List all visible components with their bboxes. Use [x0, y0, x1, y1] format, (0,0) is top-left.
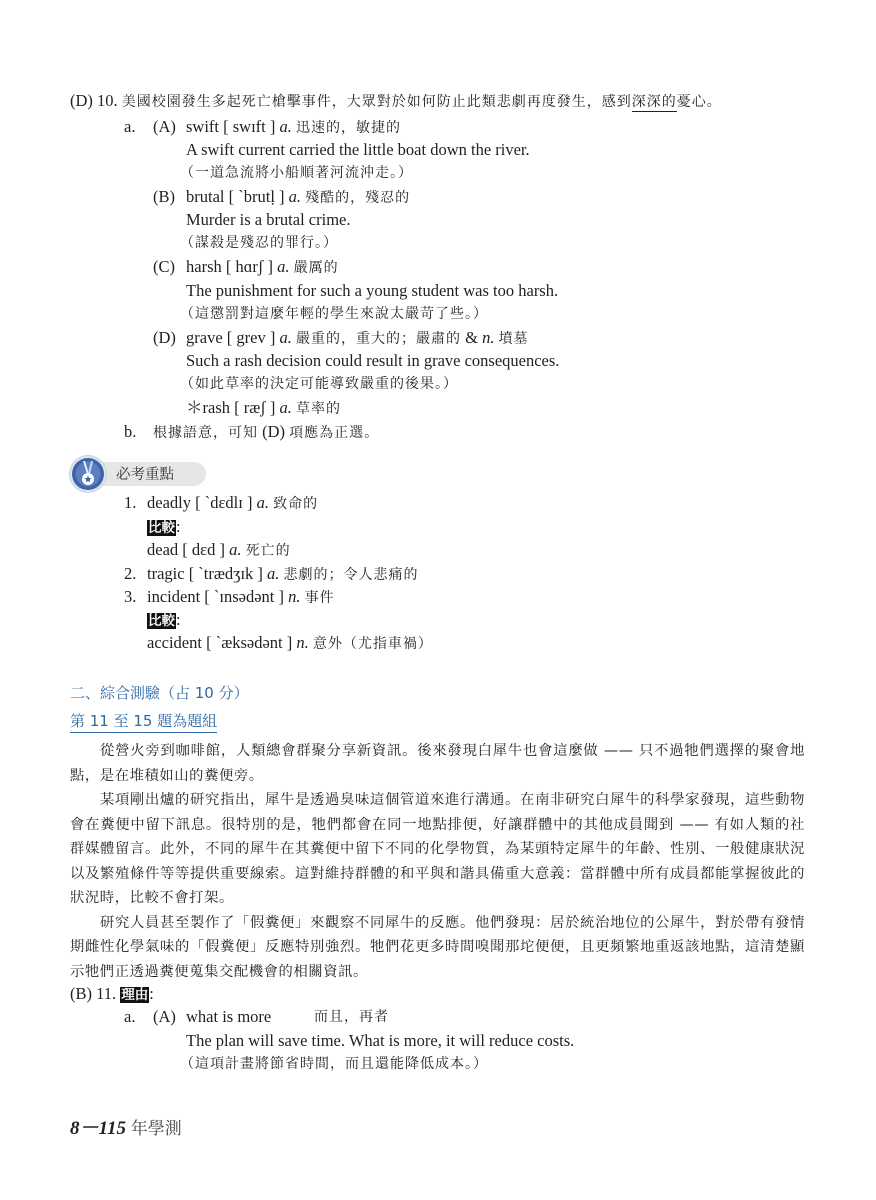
q10-a-label: a. [124, 116, 135, 138]
note-word: rash [203, 398, 231, 417]
q10-answer: (D) [70, 91, 93, 110]
q10-option-c-label: (C) [153, 256, 175, 278]
passage-paragraph-3: 研究人員甚至製作了「假糞便」來觀察不同犀牛的反應。他們發現：居於統治地位的公犀牛… [70, 911, 805, 985]
meaning2: 墳墓 [499, 331, 529, 347]
q10-stem-underlined: 深深的 [632, 94, 677, 112]
pos2: n. [482, 328, 494, 347]
passage-paragraph-2: 某項剛出爐的研究指出，犀牛是透過臭味這個管道來進行溝通。在南非研究白犀牛的科學家… [70, 788, 805, 911]
q10-option-d-translation: （如此草率的決定可能導致嚴重的後果。） [180, 373, 458, 395]
note-pos: a. [279, 398, 291, 417]
q10-option-c-entry: harsh [ hɑrʃ ] a. 嚴厲的 [186, 256, 339, 279]
b-text-1: 根據語意，可知 [153, 425, 258, 441]
pos: a. [289, 187, 301, 206]
compare-meaning: 意外（尤指車禍） [313, 636, 433, 652]
q10-option-b-translation: （謀殺是殘忍的罪行。） [180, 232, 338, 254]
q10-stem-after: 憂心。 [677, 94, 722, 110]
kp-1-compare-entry: dead [ dɛd ] a. 死亡的 [147, 539, 291, 562]
section-title: 二、綜合測驗（占 10 分） [70, 682, 249, 704]
q11-a-label: a. [124, 1006, 135, 1028]
reason-label: 理由 [120, 987, 149, 1003]
passage: 從營火旁到咖啡館，人類總會群聚分享新資訊。後來發現白犀牛也會這麼做 —— 只不過… [70, 739, 805, 984]
b-text-3: 項應為正選。 [289, 425, 379, 441]
group-title: 第 11 至 15 題為題組 [70, 710, 217, 733]
kp-3-num: 3. [124, 586, 136, 608]
kp-3-entry: incident [ ˋɪnsədənt ] n. 事件 [147, 586, 335, 609]
kp-1-entry: deadly [ ˋdɛdlɪ ] a. 致命的 [147, 492, 318, 515]
q10-option-d-label: (D) [153, 327, 176, 349]
pos: n. [288, 587, 300, 606]
ipa: [ ˋbrutḷ ] [229, 187, 285, 206]
q11-meaning: 而且，再者 [314, 1006, 389, 1028]
compare-word: accident [147, 633, 202, 652]
pos: a. [280, 117, 292, 136]
compare-meaning: 死亡的 [246, 543, 291, 559]
meaning: 嚴厲的 [294, 260, 339, 276]
ampersand: & [465, 328, 478, 347]
q10-stem-before: 美國校園發生多起死亡槍擊事件，大眾對於如何防止此類悲劇再度發生，感到 [122, 94, 632, 110]
q10-option-b-entry: brutal [ ˋbrutḷ ] a. 殘酷的，殘忍的 [186, 186, 410, 209]
passage-paragraph-1: 從營火旁到咖啡館，人類總會群聚分享新資訊。後來發現白犀牛也會這麼做 —— 只不過… [70, 739, 805, 788]
compare-ipa: [ dɛd ] [182, 540, 225, 559]
q10-option-d-note: ＊rash [ ræʃ ] a. 草率的 [186, 397, 341, 420]
ipa: [ hɑrʃ ] [226, 257, 273, 276]
word: incident [147, 587, 200, 606]
q10-option-a-label: (A) [153, 116, 176, 138]
kp-2-entry: tragic [ ˋtrædʒɪk ] a. 悲劇的；令人悲痛的 [147, 563, 419, 586]
pos: a. [267, 564, 279, 583]
note-meaning: 草率的 [296, 401, 341, 417]
compare-pos: a. [229, 540, 241, 559]
word: tragic [147, 564, 185, 583]
meaning: 殘酷的，殘忍的 [305, 190, 410, 206]
kp-2-num: 2. [124, 563, 136, 585]
word: swift [186, 117, 219, 136]
footer-label: 年學測 [131, 1119, 182, 1139]
q11-answer: (B) [70, 984, 92, 1003]
q10-option-a-example: A swift current carried the little boat … [186, 139, 530, 161]
compare-pos: n. [296, 633, 308, 652]
kp-3-compare-entry: accident [ ˋæksədənt ] n. 意外（尤指車禍） [147, 632, 433, 655]
meaning: 嚴重的，重大的；嚴肅的 [296, 331, 461, 347]
compare-word: dead [147, 540, 178, 559]
q11-number: 11. [96, 984, 116, 1003]
meaning: 事件 [305, 590, 335, 606]
note-ipa: [ ræʃ ] [234, 398, 275, 417]
q10-option-a-translation: （一道急流將小船順著河流沖走。） [180, 162, 413, 184]
q10-b-text: 根據語意，可知 (D) 項應為正選。 [153, 421, 379, 444]
q10-option-d-entry: grave [ grev ] a. 嚴重的，重大的；嚴肅的 & n. 墳墓 [186, 327, 529, 350]
kp-1-num: 1. [124, 492, 136, 514]
q10-stem: (D) 10. 美國校園發生多起死亡槍擊事件，大眾對於如何防止此類悲劇再度發生，… [70, 90, 722, 113]
meaning: 迅速的，敏捷的 [296, 120, 401, 136]
q10-option-c-translation: （這懲罰對這麼年輕的學生來說太嚴苛了些。） [180, 303, 488, 325]
pos: a. [277, 257, 289, 276]
ipa: [ swɪft ] [223, 117, 275, 136]
kp-1-compare: 比較: [147, 516, 181, 539]
q11-example: The plan will save time. What is more, i… [186, 1030, 574, 1052]
medal-icon [70, 456, 106, 492]
word: harsh [186, 257, 222, 276]
ipa: [ ˋdɛdlɪ ] [195, 493, 252, 512]
q10-option-c-example: The punishment for such a young student … [186, 280, 558, 302]
meaning: 悲劇的；令人悲痛的 [284, 567, 419, 583]
q11-translation: （這項計畫將節省時間，而且還能降低成本。） [180, 1053, 488, 1075]
compare-label: 比較 [147, 613, 176, 629]
q11-header: (B) 11. 理由: [70, 983, 154, 1006]
word: brutal [186, 187, 225, 206]
q10-option-a-entry: swift [ swɪft ] a. 迅速的，敏捷的 [186, 116, 401, 139]
pos: a. [279, 328, 291, 347]
q10-option-d-example: Such a rash decision could result in gra… [186, 350, 559, 372]
star: ＊ [186, 398, 203, 417]
ipa: [ ˋtrædʒɪk ] [189, 564, 263, 583]
ipa: [ grev ] [227, 328, 276, 347]
compare-label: 比較 [147, 520, 176, 536]
compare-ipa: [ ˋæksədənt ] [206, 633, 292, 652]
q11-option-a-label: (A) [153, 1006, 176, 1028]
kp-3-compare: 比較: [147, 609, 181, 632]
q10-option-b-label: (B) [153, 186, 175, 208]
document-page: (D) 10. 美國校園發生多起死亡槍擊事件，大眾對於如何防止此類悲劇再度發生，… [0, 0, 876, 1200]
q10-number: 10. [97, 91, 118, 110]
q10-option-b-example: Murder is a brutal crime. [186, 209, 350, 231]
word: deadly [147, 493, 191, 512]
meaning: 致命的 [273, 496, 318, 512]
ipa: [ ˋɪnsədənt ] [204, 587, 284, 606]
page-number: 8－115 [70, 1118, 126, 1139]
word: grave [186, 328, 223, 347]
q10-b-label: b. [124, 421, 136, 443]
pos: a. [257, 493, 269, 512]
badge-label: 必考重點 [116, 463, 174, 484]
q11-phrase: what is more [186, 1006, 271, 1028]
b-text-2: (D) [262, 422, 285, 441]
page-footer: 8－115 年學測 [70, 1113, 182, 1140]
